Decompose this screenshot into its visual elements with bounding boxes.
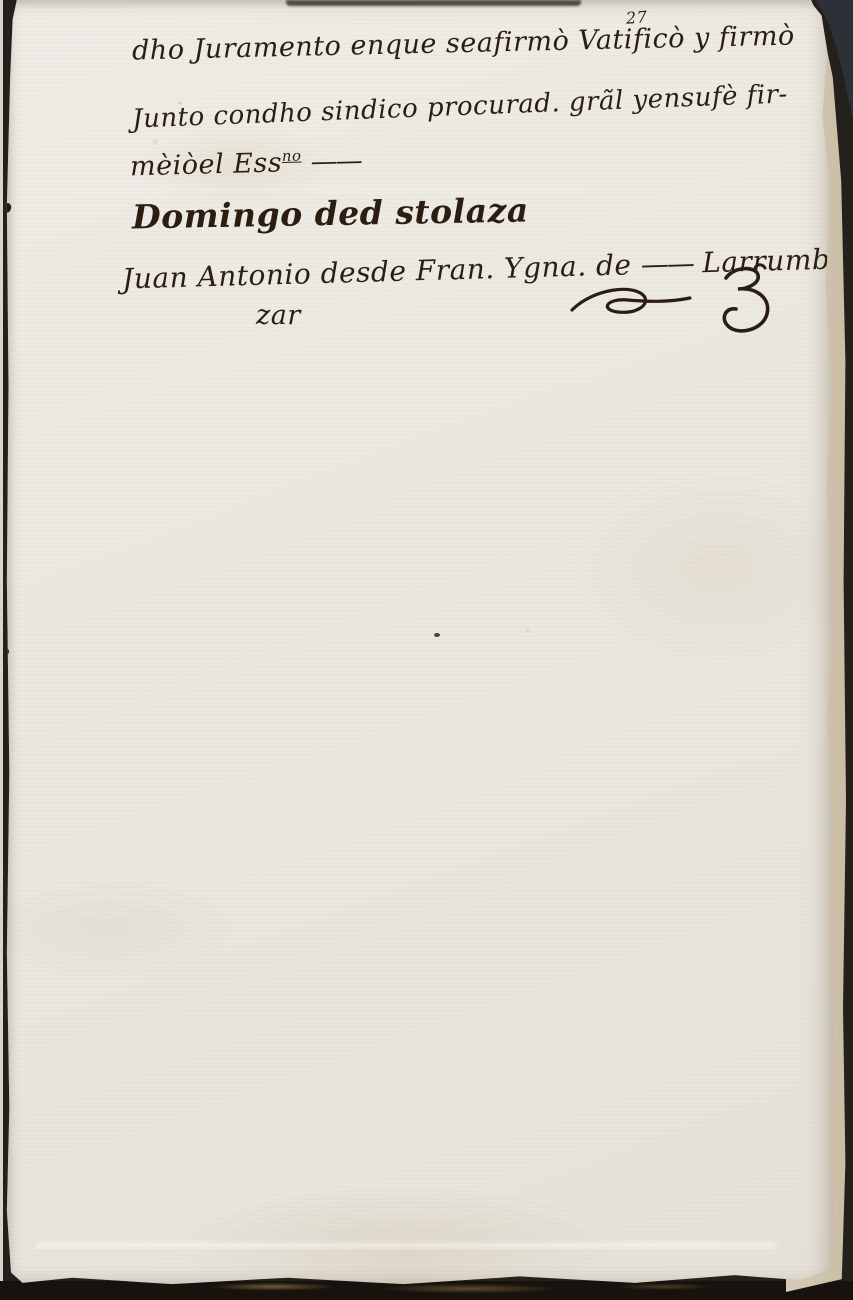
line3-closing-dash: —— [310,145,361,177]
signature-domingo: Domingo ded stolaza [132,191,529,237]
scanned-manuscript: 27 dho Juramento enque seafirmò Vatificò… [0,0,853,1300]
text-line-1: dho Juramento enque seafirmò Vatificò y … [132,20,795,66]
text-line-2: Junto condho sindico procurad. grãl yens… [132,79,789,134]
signature2-dash: —— [640,247,693,281]
edge-pen-mark [848,249,853,253]
signature-rubric-icon [712,262,780,342]
line2-text: Junto condho sindico procurad. grãl yens… [132,79,789,134]
ink-blot [434,633,440,637]
signature2-text: Juan Antonio desde Fran. Ygna. de [122,248,632,295]
text-line-3: mèiòel Essno —— [130,145,361,182]
ink-blot [2,648,9,655]
signature1-text: Domingo ded stolaza [132,191,529,237]
manuscript-page: 27 dho Juramento enque seafirmò Vatificò… [6,0,834,1288]
line3-text: mèiòel Ess [130,147,283,182]
signature-continuation: zar [256,300,301,331]
paper-crease [36,1243,776,1248]
signature-underline-flourish-icon [566,280,696,325]
binding-shadow [286,0,581,6]
line1-text: dho Juramento enque seafirmò Vatificò y … [132,20,795,66]
signature2-continuation-text: zar [256,300,301,331]
scan-bottom-edge [0,1281,853,1300]
line3-superscript-abbreviation: no [282,147,302,166]
scan-left-edge [0,0,3,1300]
